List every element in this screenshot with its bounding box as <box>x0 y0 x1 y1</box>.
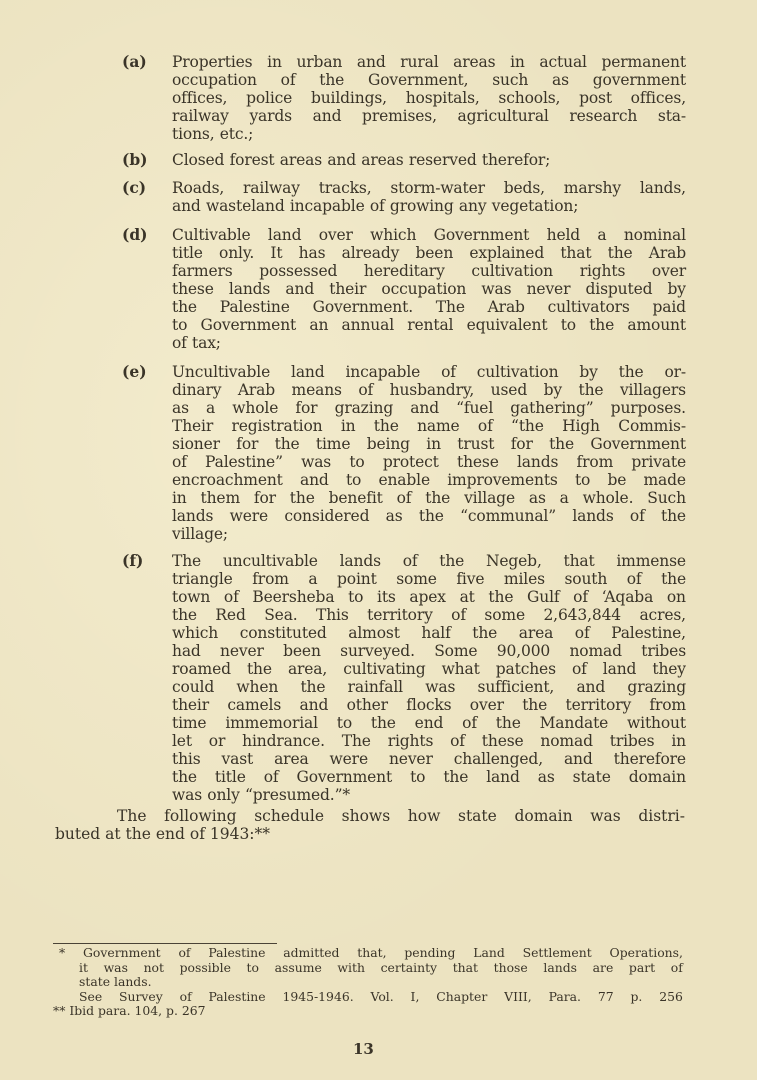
text-line: theircamelsandotherflocksovertheterritor… <box>172 696 686 714</box>
text-line: of tax; <box>172 334 686 352</box>
text-line: roamedthearea,cultivatingwhatpatchesofla… <box>172 660 686 678</box>
text-line: titleonly.Ithasalreadybeenexplainedthatt… <box>172 244 686 262</box>
text-line: sionerforthetimebeingintrustfortheGovern… <box>172 435 686 453</box>
text-line: asawholeforgrazingand“fuelgathering”purp… <box>172 399 686 417</box>
text-line: village; <box>172 525 686 543</box>
text-line: inthemforthebenefitofthevillageasawhole.… <box>172 489 686 507</box>
list-item-label: (b) <box>122 151 148 169</box>
text-line: letorhindrance.Therightsofthesenomadtrib… <box>172 732 686 750</box>
page-number: 13 <box>353 1040 374 1058</box>
list-item-text: Closed forest areas and areas reserved t… <box>172 151 686 169</box>
footnote-1-line-3: state lands. <box>53 975 683 990</box>
text-line: occupationoftheGovernment,suchasgovernme… <box>172 71 686 89</box>
footnote-1-line-1: *GovernmentofPalestineadmittedthat,pendi… <box>53 946 683 961</box>
text-line: offices,policebuildings,hospitals,school… <box>172 89 686 107</box>
text-line: landswereconsideredasthe“communal”landso… <box>172 507 686 525</box>
text-line: thisvastareawereneverchallenged,andthere… <box>172 750 686 768</box>
text-line: tions, etc.; <box>172 125 686 143</box>
text-line: Closed forest areas and areas reserved t… <box>172 151 686 169</box>
list-item-label: (a) <box>122 53 147 71</box>
footnote-1-line-2: itwasnotpossibletoassumewithcertaintytha… <box>53 961 683 976</box>
list-item-label: (c) <box>122 179 146 197</box>
text-line: theRedSea.Thisterritoryofsome2,643,844ac… <box>172 606 686 624</box>
text-line: theselandsandtheiroccupationwasneverdisp… <box>172 280 686 298</box>
text-line: hadneverbeensurveyed.Some90,000nomadtrib… <box>172 642 686 660</box>
text-line: CultivablelandoverwhichGovernmentheldano… <box>172 226 686 244</box>
text-line: townofBeershebatoitsapexattheGulfof‘Aqab… <box>172 588 686 606</box>
list-item-text: Propertiesinurbanandruralareasinactualpe… <box>172 53 686 143</box>
list-item-label: (d) <box>122 226 148 244</box>
document-page: (a)Propertiesinurbanandruralareasinactua… <box>0 0 757 1080</box>
text-line: Theirregistrationinthenameof“theHighComm… <box>172 417 686 435</box>
text-line: timeimmemorialtotheendoftheMandatewithou… <box>172 714 686 732</box>
text-line: thetitleofGovernmenttothelandasstatedoma… <box>172 768 686 786</box>
list-item-text: TheuncultivablelandsoftheNegeb,thatimmen… <box>172 552 686 804</box>
text-line: thePalestineGovernment.TheArabcultivator… <box>172 298 686 316</box>
text-line: whichconstitutedalmosthalftheareaofPales… <box>172 624 686 642</box>
closing-paragraph-line-1: Thefollowingscheduleshowshowstatedomainw… <box>55 807 685 825</box>
text-line: railwayyardsandpremises,agriculturalrese… <box>172 107 686 125</box>
text-line: dinaryArabmeansofhusbandry,usedbythevill… <box>172 381 686 399</box>
list-item-label: (f) <box>122 552 143 570</box>
text-line: encroachmentandtoenableimprovementstobem… <box>172 471 686 489</box>
text-line: Propertiesinurbanandruralareasinactualpe… <box>172 53 686 71</box>
footnotes: *GovernmentofPalestineadmittedthat,pendi… <box>53 946 683 1019</box>
text-line: TheuncultivablelandsoftheNegeb,thatimmen… <box>172 552 686 570</box>
list-item-label: (e) <box>122 363 147 381</box>
text-line: Roads,railwaytracks,storm-waterbeds,mars… <box>172 179 686 197</box>
closing-paragraph: Thefollowingscheduleshowshowstatedomainw… <box>55 807 685 843</box>
closing-paragraph-line-2: buted at the end of 1943:** <box>55 825 685 843</box>
list-item-text: CultivablelandoverwhichGovernmentheldano… <box>172 226 686 352</box>
footnote-rule <box>53 943 277 944</box>
text-line: ofPalestine”wastoprotecttheselandsfrompr… <box>172 453 686 471</box>
text-line: couldwhentherainfallwassufficient,andgra… <box>172 678 686 696</box>
text-line: farmerspossessedhereditarycultivationrig… <box>172 262 686 280</box>
text-line: toGovernmentanannualrentalequivalenttoth… <box>172 316 686 334</box>
text-line: trianglefromapointsomefivemilessouthofth… <box>172 570 686 588</box>
text-line: Uncultivablelandincapableofcultivationby… <box>172 363 686 381</box>
list-item-text: Uncultivablelandincapableofcultivationby… <box>172 363 686 543</box>
footnote-1-reference: SeeSurveyofPalestine1945-1946.Vol.I,Chap… <box>53 990 683 1005</box>
text-line: was only “presumed.”* <box>172 786 686 804</box>
list-item-text: Roads,railwaytracks,storm-waterbeds,mars… <box>172 179 686 215</box>
text-line: and wasteland incapable of growing any v… <box>172 197 686 215</box>
footnote-2: ** Ibid para. 104, p. 267 <box>53 1004 683 1019</box>
